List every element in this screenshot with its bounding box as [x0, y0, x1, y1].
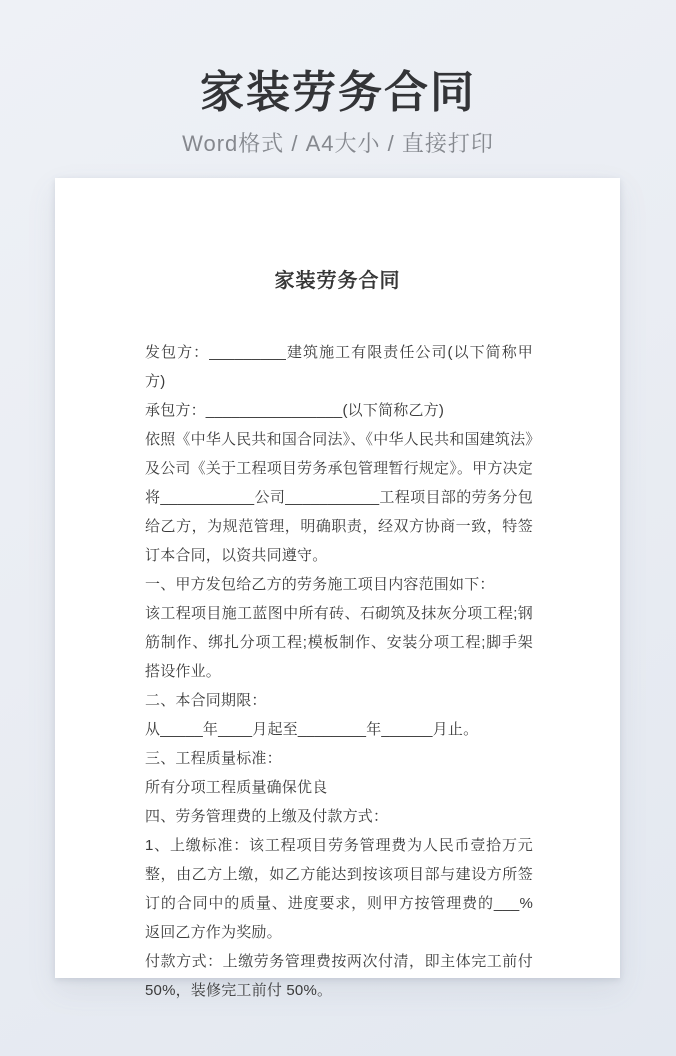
- document-paragraph: 四、劳务管理费的上缴及付款方式：: [145, 802, 533, 831]
- document-paragraph: 二、本合同期限：: [145, 686, 533, 715]
- page-background: 家装劳务合同 Word格式 / A4大小 / 直接打印 家装劳务合同 发包方：_…: [0, 0, 676, 157]
- document-paragraph: 所有分项工程质量确保优良: [145, 773, 533, 802]
- document-paragraph: 从_____年____月起至________年______月止。: [145, 715, 533, 744]
- document-paragraph: 1、上缴标准：该工程项目劳务管理费为人民币壹拾万元整，由乙方上缴，如乙方能达到按…: [145, 831, 533, 947]
- document-paragraph: 付款方式：上缴劳务管理费按两次付清，即主体完工前付 50%，装修完工前付 50%…: [145, 947, 533, 1005]
- document-title: 家装劳务合同: [55, 178, 620, 294]
- document-paragraph: 依照《中华人民共和国合同法》、《中华人民共和国建筑法》及公司《关于工程项目劳务承…: [145, 425, 533, 570]
- document-paragraph: 一、甲方发包给乙方的劳务施工项目内容范围如下：: [145, 570, 533, 599]
- document-body: 发包方：_________建筑施工有限责任公司(以下简称甲方)承包方：_____…: [55, 294, 620, 1005]
- document-paragraph: 发包方：_________建筑施工有限责任公司(以下简称甲方): [145, 338, 533, 396]
- document-sheet: 家装劳务合同 发包方：_________建筑施工有限责任公司(以下简称甲方)承包…: [55, 178, 620, 978]
- page-subtitle: Word格式 / A4大小 / 直接打印: [0, 131, 676, 157]
- document-paragraph: 承包方：________________(以下简称乙方): [145, 396, 533, 425]
- page-title: 家装劳务合同: [0, 68, 676, 118]
- header: 家装劳务合同 Word格式 / A4大小 / 直接打印: [0, 0, 676, 157]
- document-paragraph: 该工程项目施工蓝图中所有砖、石砌筑及抹灰分项工程;钢筋制作、绑扎分项工程;模板制…: [145, 599, 533, 686]
- document-paragraph: 三、工程质量标准：: [145, 744, 533, 773]
